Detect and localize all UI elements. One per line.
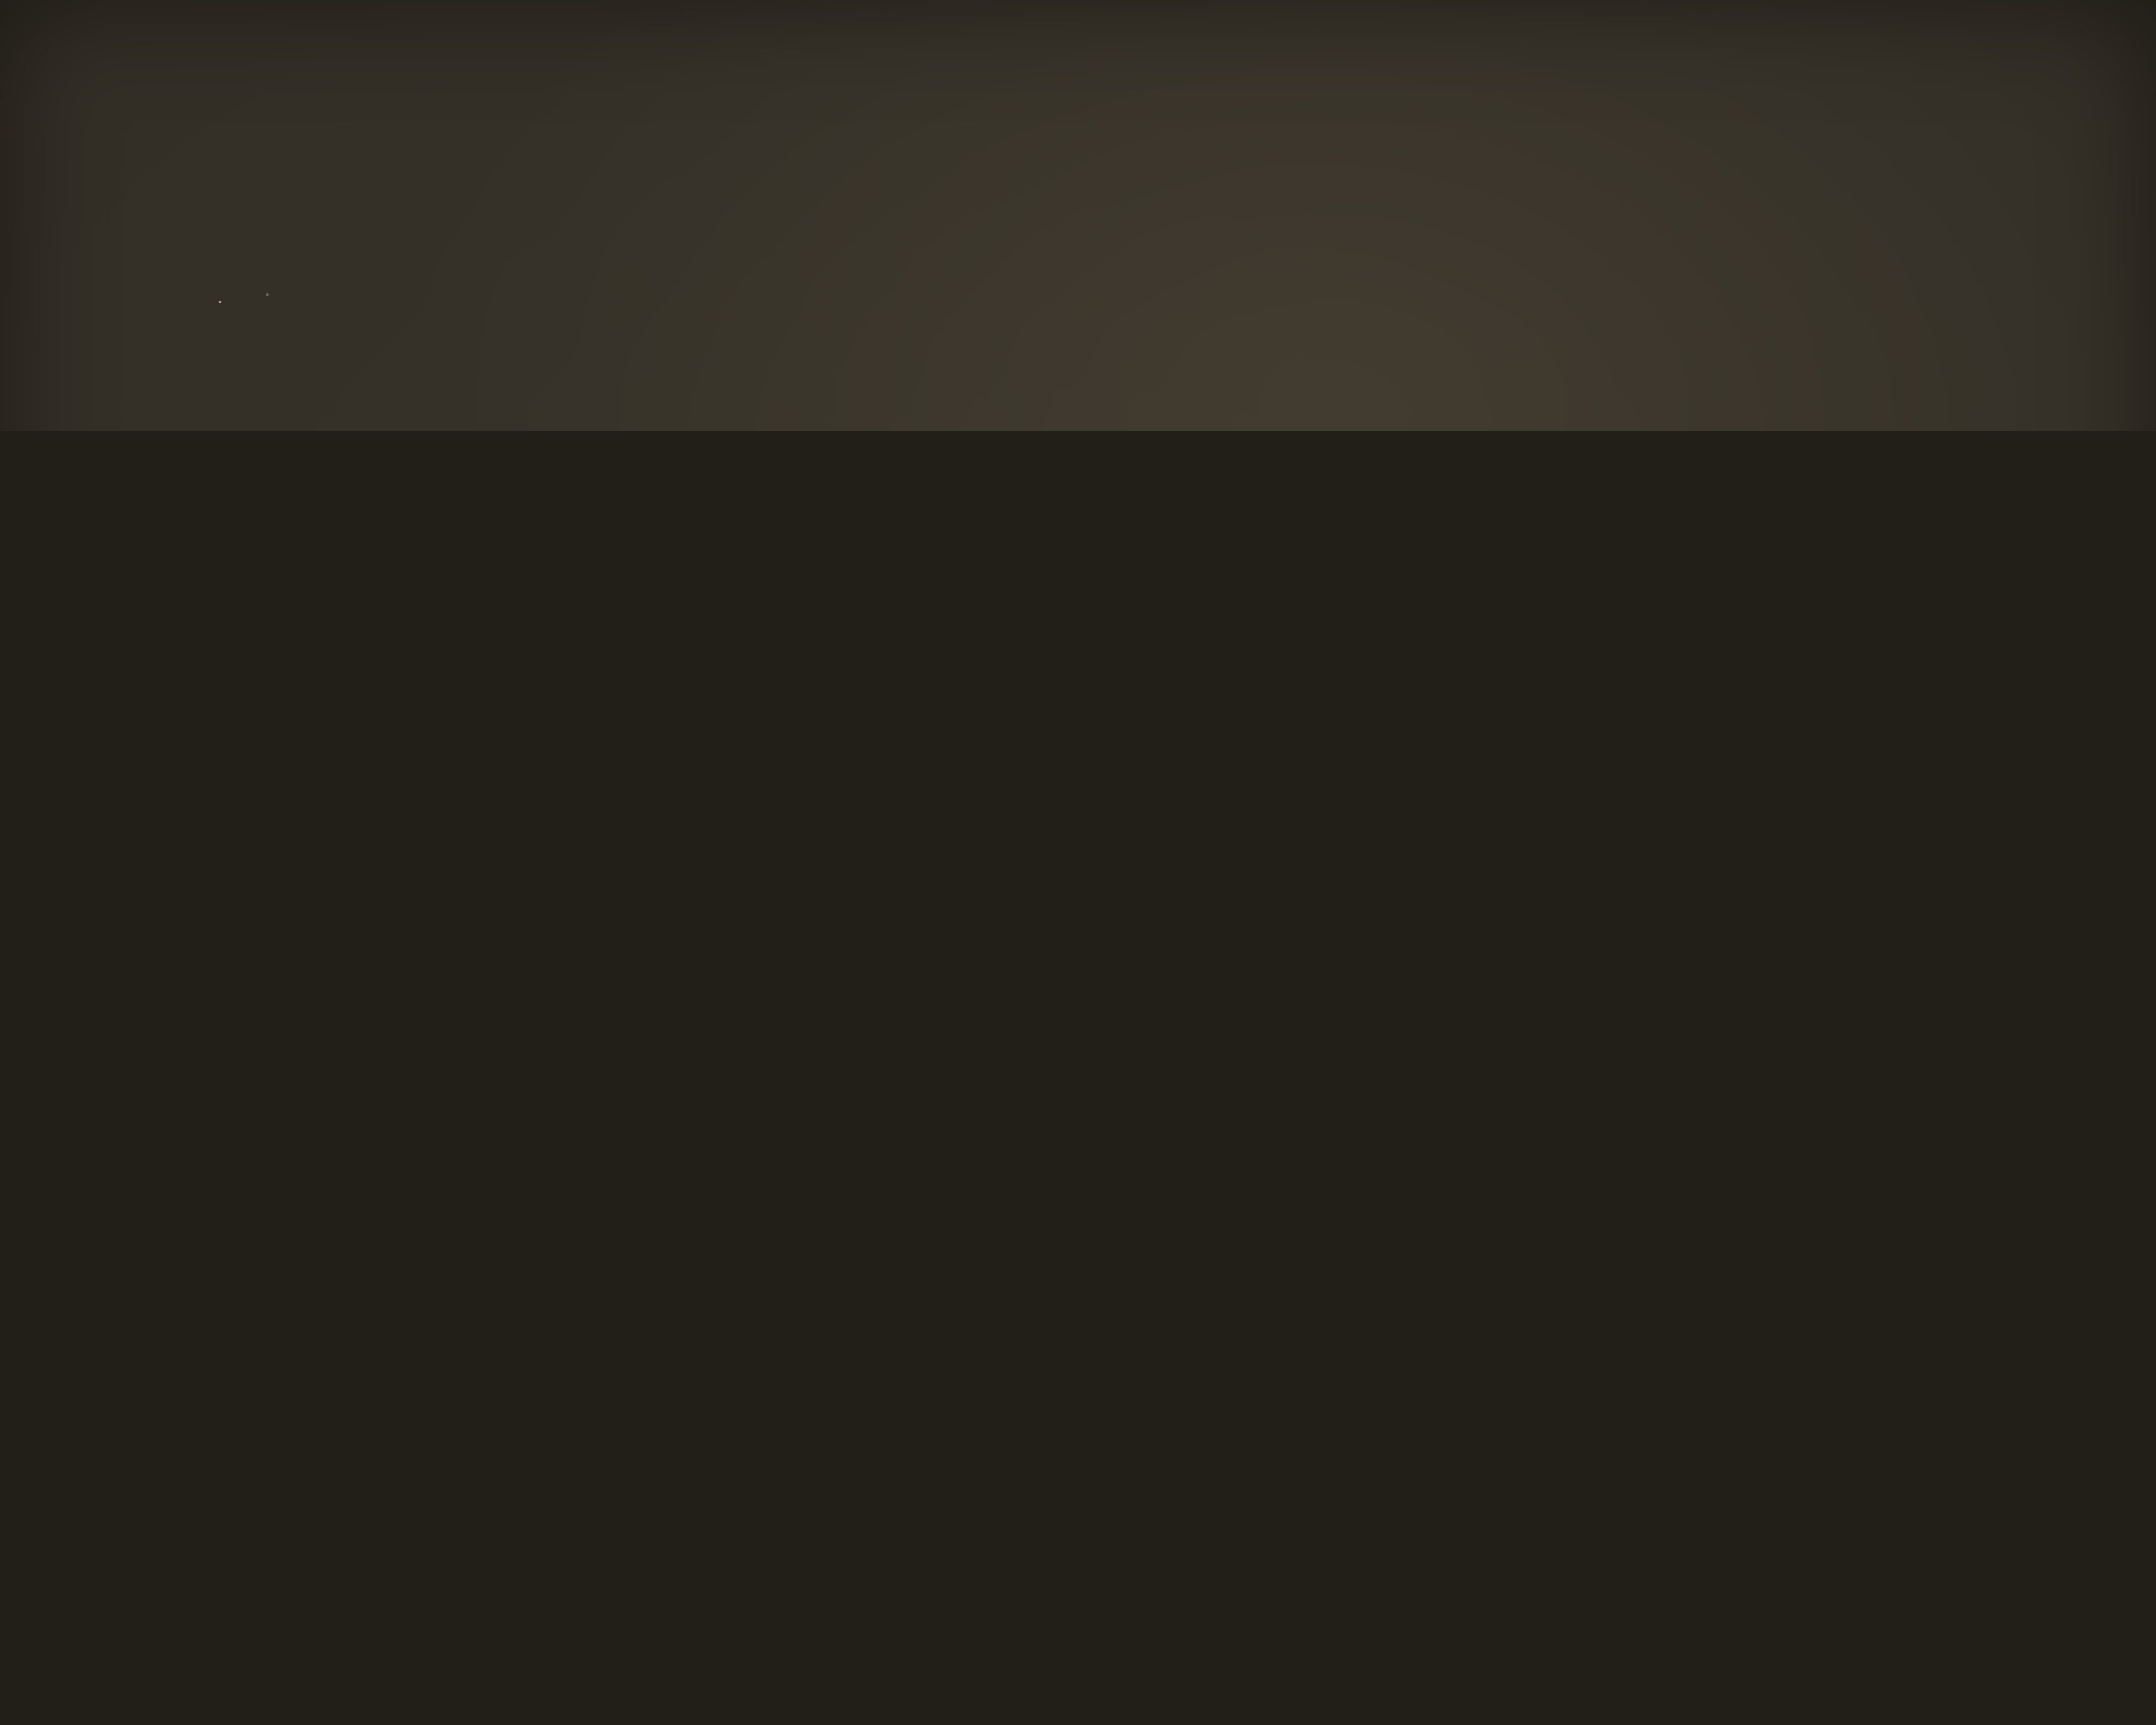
dust-speck (219, 301, 222, 304)
dust-speck (266, 293, 269, 296)
photo-backdrop: গ্রন্থ ৭ ওঁগণেশায়নমঃ ॥ প্রণমসচ্চিদানন্দ… (0, 0, 2156, 431)
